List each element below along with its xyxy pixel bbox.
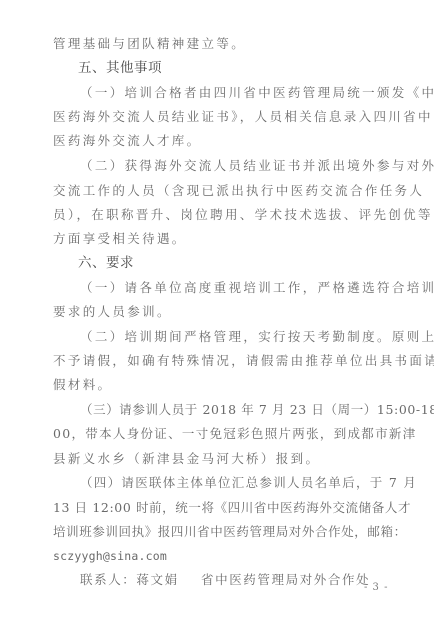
paragraph-line: 管理基础与团队精神建立等。 bbox=[53, 36, 383, 52]
paragraph-line: （二）培训期间严格管理，实行按天考勤制度。原则上 bbox=[80, 329, 383, 345]
paragraph-line: 00，带本人身份证、一寸免冠彩色照片两张，到成都市新津 bbox=[53, 426, 383, 442]
email-address: sczyygh@sina.com bbox=[53, 548, 383, 564]
paragraph-line: （一）请各单位高度重视培训工作，严格遴选符合培训 bbox=[80, 280, 383, 296]
paragraph-line: 方面享受相关待遇。 bbox=[53, 231, 383, 247]
paragraph-line: 假材料。 bbox=[53, 377, 383, 393]
paragraph-line: 要求的人员参训。 bbox=[53, 304, 383, 320]
paragraph-line: （三）请参训人员于 2018 年 7 月 23 日（周一）15:00-18: bbox=[80, 402, 383, 418]
paragraph-line: （二）获得海外交流人员结业证书并派出境外参与对外 bbox=[80, 158, 383, 174]
paragraph-line: 县新义水乡（新津县金马河大桥）报到。 bbox=[53, 451, 383, 467]
paragraph-line: （一）培训合格者由四川省中医药管理局统一颁发《中 bbox=[80, 85, 383, 101]
paragraph-line: 员），在职称晋升、岗位聘用、学术技术选拔、评先创优等 bbox=[53, 207, 383, 223]
paragraph-line: 13 日 12:00 时前，统一将《四川省中医药海外交流储备人才 bbox=[53, 500, 383, 516]
document-page: 管理基础与团队精神建立等。 五、其他事项 （一）培训合格者由四川省中医药管理局统… bbox=[0, 0, 434, 627]
paragraph-line: 交流工作的人员（含现已派出执行中医药交流合作任务人 bbox=[53, 183, 383, 199]
page-number: - 3 - bbox=[364, 582, 388, 593]
paragraph-line: （四）请医联体主体单位汇总参训人员名单后，于 7 月 bbox=[80, 475, 383, 491]
paragraph-line: 不予请假，如确有特殊情况，请假需由推荐单位出具书面请 bbox=[53, 353, 383, 369]
section-heading-other-matters: 五、其他事项 bbox=[78, 60, 162, 76]
paragraph-line: 医药海外交流人才库。 bbox=[53, 133, 383, 149]
contact-line: 联系人：蒋文娟 省中医药管理局对外合作处 bbox=[80, 572, 383, 588]
paragraph-line: 医药海外交流人员结业证书》，人员相关信息录入四川省中 bbox=[53, 109, 383, 125]
paragraph-line: 培训班参训回执》报四川省中医药管理局对外合作处，邮箱： bbox=[53, 524, 383, 540]
section-heading-requirements: 六、要求 bbox=[78, 255, 134, 271]
